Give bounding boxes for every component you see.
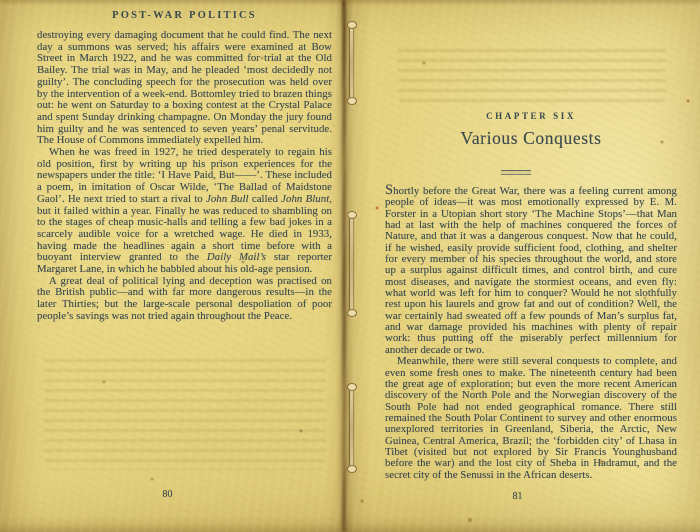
chapter-title: Various Conquests bbox=[385, 128, 677, 149]
paragraph: Shortly before the Great War, there was … bbox=[385, 185, 677, 356]
binding-stitch-bottom bbox=[350, 390, 353, 466]
left-page-text-block: destroying every damaging document that … bbox=[37, 30, 332, 323]
title-rule bbox=[501, 170, 531, 175]
binding-stitch-middle bbox=[350, 218, 353, 310]
paragraph: A great deal of political lying and dece… bbox=[37, 276, 332, 323]
page-number-right: 81 bbox=[370, 491, 665, 502]
show-through-right-top bbox=[398, 42, 666, 104]
paragraph: destroying every damaging document that … bbox=[37, 30, 332, 147]
book-scan: POST-WAR POLITICS destroying every damag… bbox=[0, 0, 700, 532]
right-page-text-block: Shortly before the Great War, there was … bbox=[385, 185, 677, 481]
page-number-left: 80 bbox=[20, 489, 315, 500]
chapter-label: CHAPTER SIX bbox=[385, 111, 677, 121]
show-through-left-bottom bbox=[44, 352, 326, 470]
paragraph: Meanwhile, there were still several conq… bbox=[385, 356, 677, 481]
binding-stitch-top bbox=[350, 28, 353, 98]
running-header: POST-WAR POLITICS bbox=[37, 10, 332, 21]
paragraph: When he was freed in 1927, he tried desp… bbox=[37, 147, 332, 276]
